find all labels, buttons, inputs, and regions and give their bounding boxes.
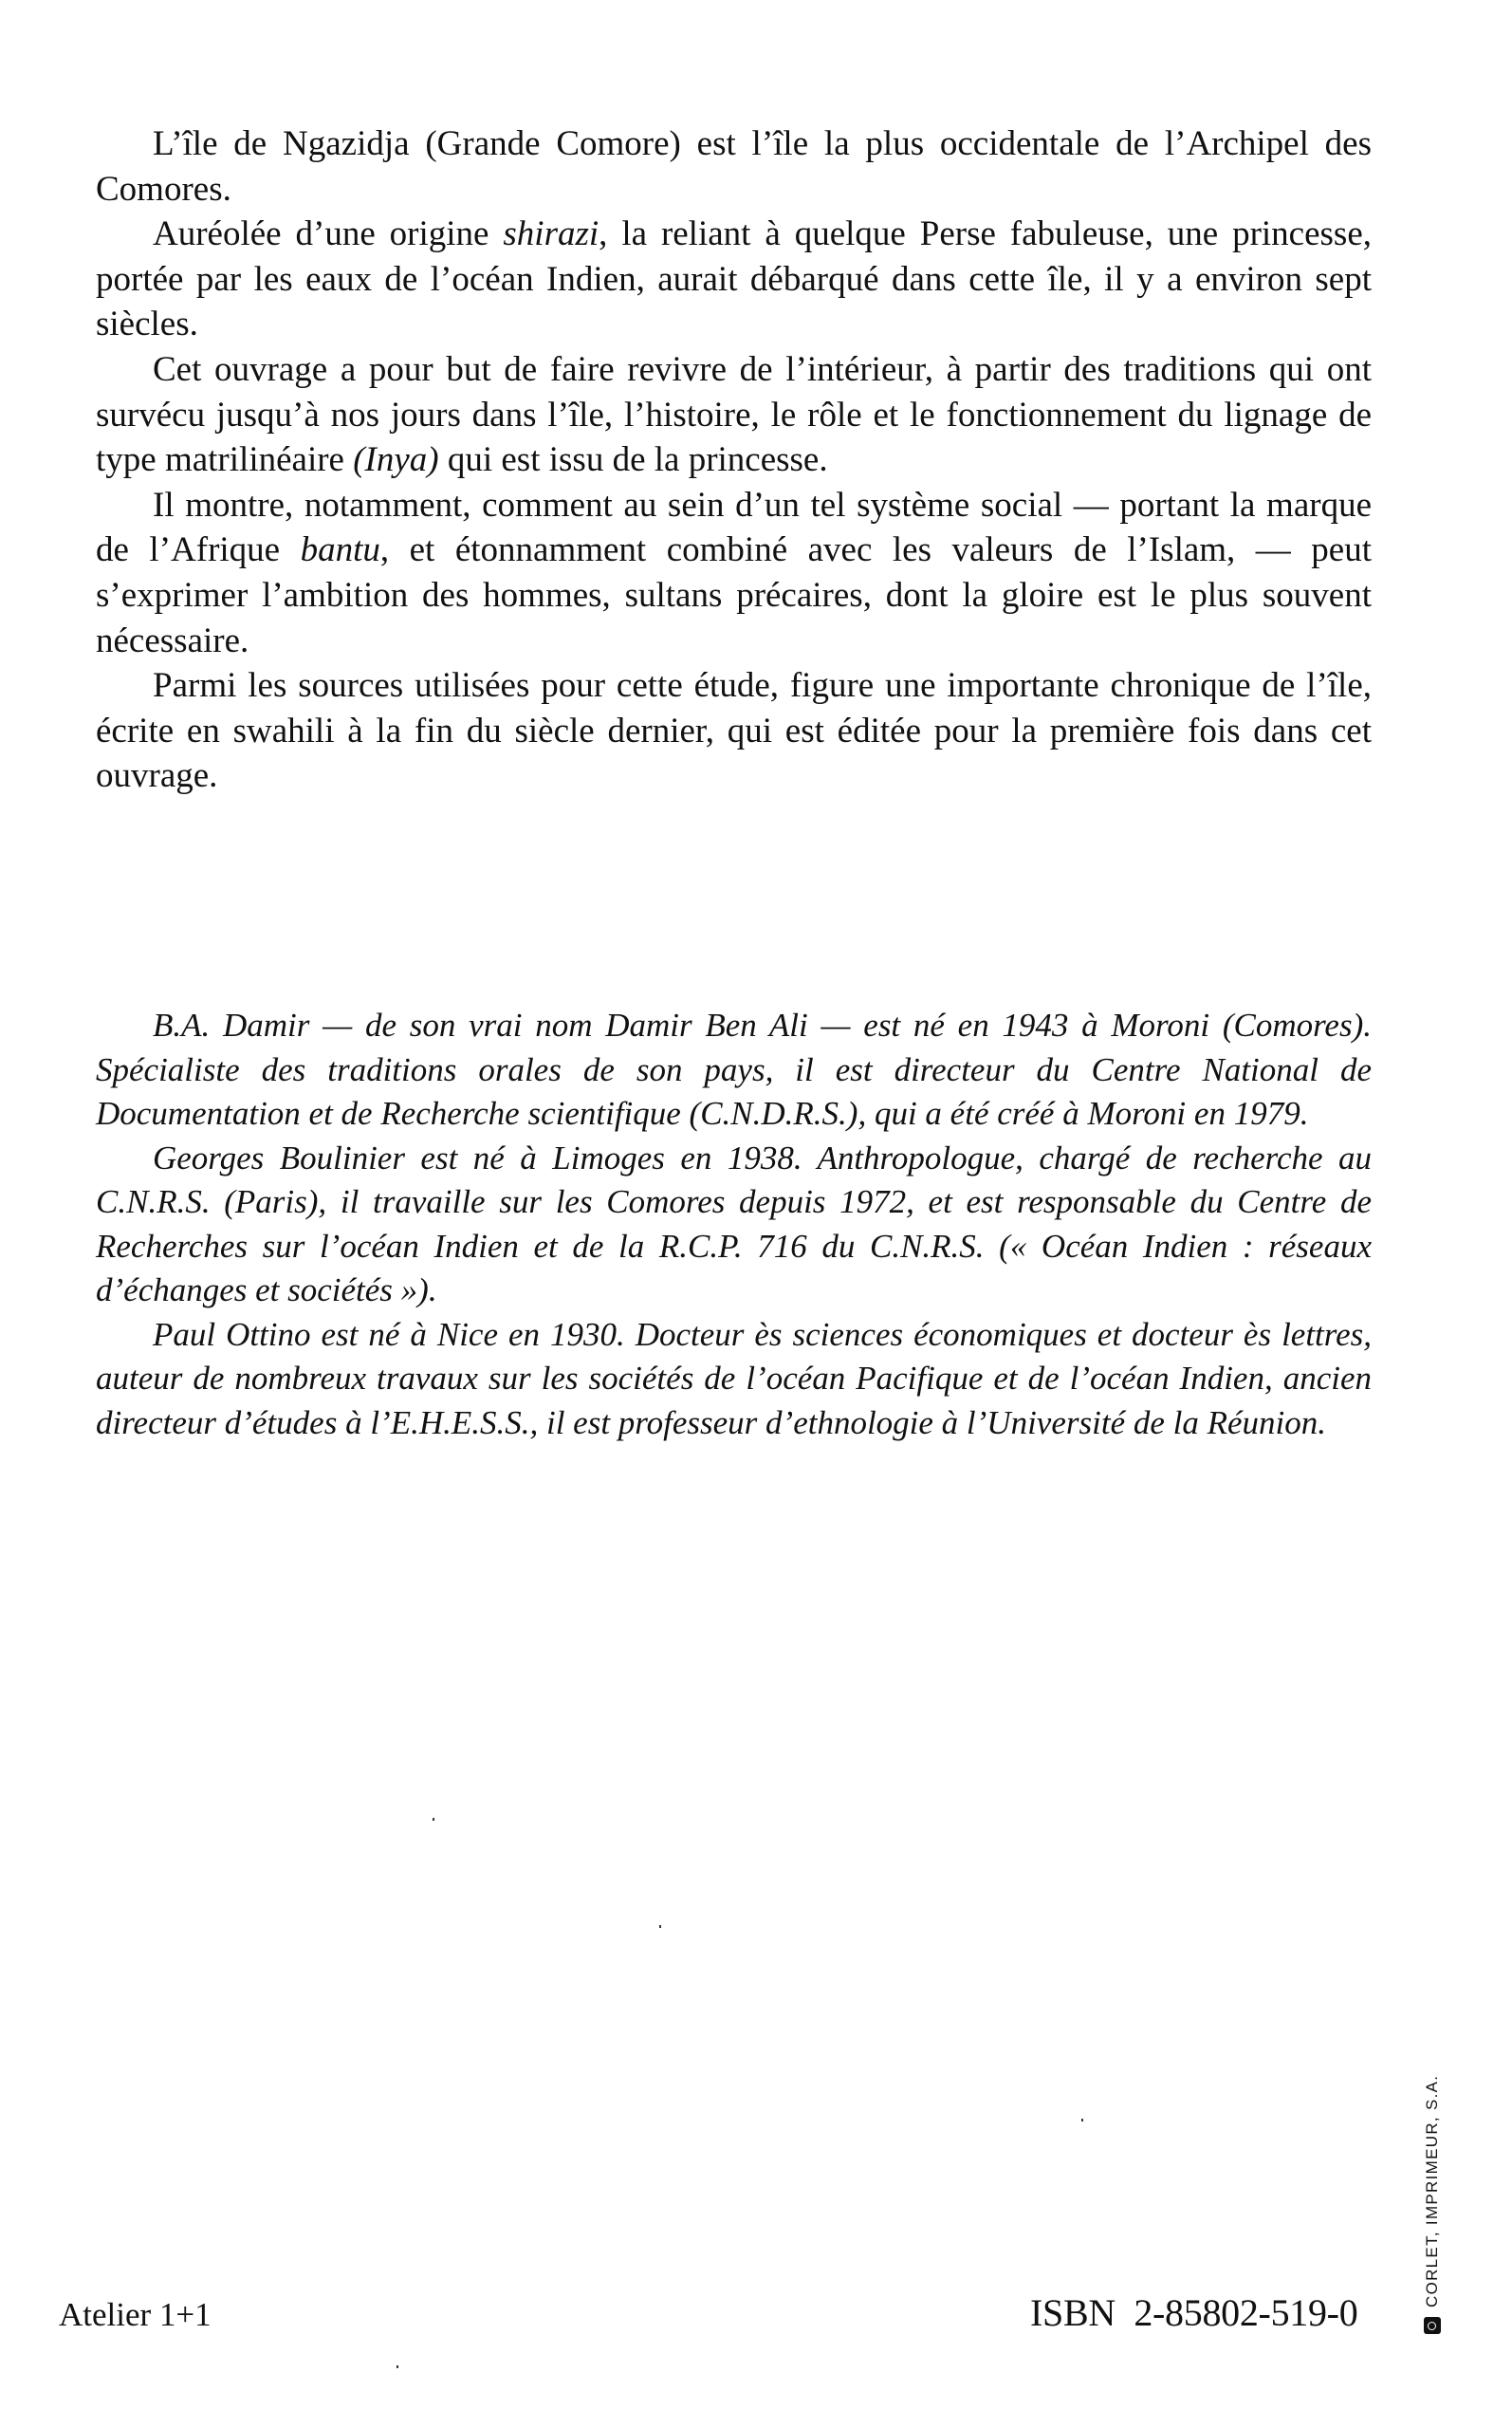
isbn: ISBN 2-85802-519-0 bbox=[1030, 2292, 1357, 2334]
italic-term: shirazi bbox=[503, 214, 599, 253]
author-bio-damir: B.A. Damir — de son vrai nom Damir Ben A… bbox=[96, 1004, 1372, 1137]
printer-credit: CORLET, IMPRIMEUR, S.A. bbox=[1421, 2066, 1446, 2334]
italic-term: (Inya) bbox=[353, 440, 438, 479]
author-biographies: B.A. Damir — de son vrai nom Damir Ben A… bbox=[96, 1004, 1372, 1445]
copyright-logo-icon bbox=[1424, 2317, 1441, 2334]
blurb-text: L’île de Ngazidja (Grande Comore) est l’… bbox=[96, 121, 1372, 799]
text-run: L’île de Ngazidja (Grande Comore) est l’… bbox=[96, 124, 1372, 209]
blurb-paragraph: Parmi les sources utilisées pour cette é… bbox=[96, 663, 1372, 799]
author-bio-ottino: Paul Ottino est né à Nice en 1930. Docte… bbox=[96, 1313, 1372, 1446]
scan-speck bbox=[396, 2365, 398, 2368]
text-run: Auréolée d’une origine bbox=[153, 214, 503, 253]
blurb-paragraph: Auréolée d’une origine shirazi, la relia… bbox=[96, 212, 1372, 347]
blurb-paragraph: L’île de Ngazidja (Grande Comore) est l’… bbox=[96, 121, 1372, 212]
scan-speck bbox=[659, 1925, 661, 1928]
author-bio-boulinier: Georges Boulinier est né à Limoges en 19… bbox=[96, 1137, 1372, 1313]
text-run: Parmi les sources utilisées pour cette é… bbox=[96, 666, 1372, 795]
publisher-name: Atelier 1+1 bbox=[59, 2296, 212, 2334]
italic-term: Paul Ottino est né à Nice en 1930. Docte… bbox=[96, 1316, 1372, 1441]
italic-term: bantu bbox=[301, 530, 380, 569]
italic-term: Georges Boulinier est né à Limoges en 19… bbox=[96, 1140, 1372, 1309]
blurb-paragraph: Il montre, notamment, comment au sein d’… bbox=[96, 483, 1372, 663]
scan-speck bbox=[433, 1818, 434, 1821]
printer-credit-text: CORLET, IMPRIMEUR, S.A. bbox=[1421, 2075, 1444, 2307]
blurb-paragraph: Cet ouvrage a pour but de faire revivre … bbox=[96, 347, 1372, 483]
text-run: qui est issu de la princesse. bbox=[439, 440, 828, 479]
italic-term: B.A. Damir — de son vrai nom Damir Ben A… bbox=[96, 1007, 1372, 1132]
scan-speck bbox=[1081, 2119, 1083, 2122]
